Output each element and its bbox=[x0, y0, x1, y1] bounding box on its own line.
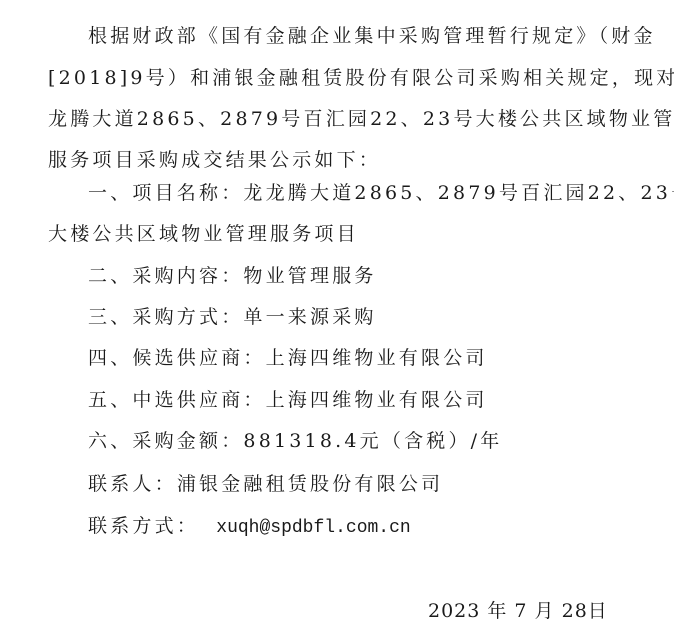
item-candidate-supplier: 四、候选供应商：上海四维物业有限公司 bbox=[88, 346, 488, 370]
item-label: 三、采购方式： bbox=[88, 306, 243, 328]
item-value: 881318.4元（含税）/年 bbox=[243, 430, 502, 452]
contact-method: 联系方式： xuqh@spdbfl.com.cn bbox=[88, 514, 411, 540]
item-procurement-method: 三、采购方式：单一来源采购 bbox=[88, 305, 377, 329]
item-value: 龙龙腾大道2865、2879号百汇园22、23号 bbox=[243, 182, 674, 204]
item-label: 六、采购金额： bbox=[88, 430, 243, 452]
intro-paragraph-line-3: 龙腾大道2865、2879号百汇园22、23号大楼公共区域物业管理 bbox=[48, 107, 674, 131]
contact-method-label: 联系方式： bbox=[88, 515, 199, 537]
contact-person: 联系人：浦银金融租赁股份有限公司 bbox=[88, 472, 443, 496]
item-project-name: 一、项目名称：龙龙腾大道2865、2879号百汇园22、23号 bbox=[88, 181, 674, 205]
item-procurement-amount: 六、采购金额：881318.4元（含税）/年 bbox=[88, 429, 502, 453]
item-value: 物业管理服务 bbox=[243, 265, 376, 287]
contact-person-label: 联系人： bbox=[88, 473, 177, 495]
item-label: 五、中选供应商： bbox=[88, 389, 266, 411]
item-procurement-content: 二、采购内容：物业管理服务 bbox=[88, 264, 377, 288]
item-value: 单一来源采购 bbox=[243, 306, 376, 328]
item-selected-supplier: 五、中选供应商：上海四维物业有限公司 bbox=[88, 388, 488, 412]
intro-paragraph-line-1: 根据财政部《国有金融企业集中采购管理暂行规定》（财金 bbox=[48, 24, 656, 48]
contact-person-value: 浦银金融租赁股份有限公司 bbox=[177, 473, 443, 495]
item-project-name-cont: 大楼公共区域物业管理服务项目 bbox=[48, 222, 359, 246]
contact-email[interactable]: xuqh@spdbfl.com.cn bbox=[216, 518, 410, 538]
item-value: 上海四维物业有限公司 bbox=[266, 347, 488, 369]
item-label: 四、候选供应商： bbox=[88, 347, 266, 369]
intro-paragraph-line-2: [2018]9号）和浦银金融租赁股份有限公司采购相关规定，现对 bbox=[48, 66, 674, 90]
item-label: 二、采购内容： bbox=[88, 265, 243, 287]
announcement-date: 2023 年 7 月 28日 bbox=[428, 596, 608, 623]
intro-text-1: 根据财政部《国有金融企业集中采购管理暂行规定》（财金 bbox=[48, 25, 656, 47]
intro-paragraph-line-4: 服务项目采购成交结果公示如下： bbox=[48, 148, 381, 172]
item-value: 上海四维物业有限公司 bbox=[266, 389, 488, 411]
item-label: 一、项目名称： bbox=[88, 182, 243, 204]
